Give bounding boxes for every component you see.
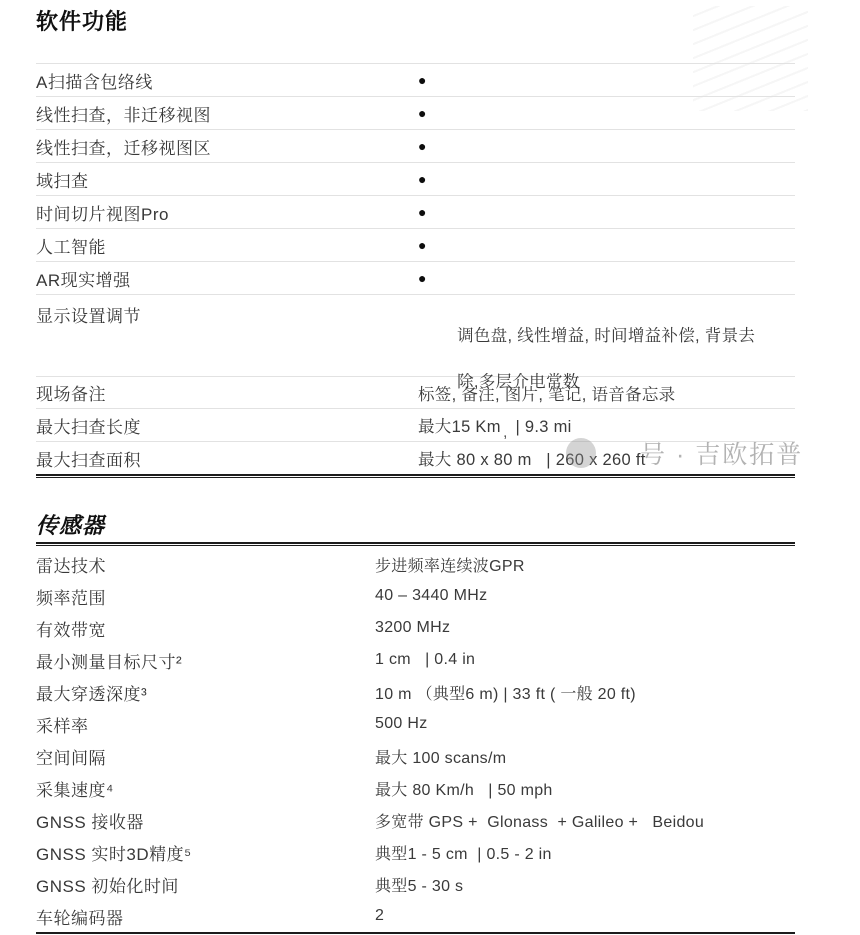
- spec-value: 40 – 3440 MHz: [375, 587, 487, 605]
- table-row: 采集速度⁴ 最大 80 Km/h | 50 mph: [36, 772, 795, 804]
- feature-bullet-icon: ●: [418, 271, 426, 285]
- feature-bullet-icon: ●: [418, 172, 426, 186]
- spec-value: 1 cm | 0.4 in: [375, 651, 475, 669]
- feature-bullet-icon: ●: [418, 238, 426, 252]
- feature-label: 时间切片视图Pro: [36, 200, 418, 225]
- spec-value: 最大15 Km | 9.3 mi: [418, 413, 572, 437]
- feature-label: AR现实增强: [36, 266, 418, 291]
- spec-sheet-page: { "software": { "title": "软件功能", "bullet…: [0, 0, 860, 935]
- software-features-table: A扫描含包络线 ● 线性扫查，非迁移视图 ● 线性扫查，迁移视图区 ● 域扫查 …: [36, 63, 795, 478]
- spec-label: 空间间隔: [36, 744, 375, 769]
- spec-label: 最大扫查长度: [36, 413, 418, 438]
- table-row: 人工智能 ●: [36, 228, 795, 261]
- spec-value: 最大 100 scans/m: [375, 745, 506, 768]
- table-row: 最大穿透深度³ 10 m （典型6 m) | 33 ft ( 一般 20 ft): [36, 676, 795, 708]
- sensor-header-rule: [36, 542, 795, 546]
- feature-label: 域扫查: [36, 167, 418, 192]
- feature-label: A扫描含包络线: [36, 68, 418, 93]
- table-row: 雷达技术 步进频率连续波GPR: [36, 548, 795, 580]
- spec-label: 显示设置调节: [36, 302, 418, 327]
- spec-value: 最大 80 x 80 m | 260 x 260 ft: [418, 446, 646, 470]
- table-row: 空间间隔 最大 100 scans/m: [36, 740, 795, 772]
- table-row: 域扫查 ●: [36, 162, 795, 195]
- spec-label: GNSS 初始化时间: [36, 872, 375, 897]
- table-row: 线性扫查，迁移视图区 ●: [36, 129, 795, 162]
- feature-bullet-icon: ●: [418, 205, 426, 219]
- table-row: 有效带宽 3200 MHz: [36, 612, 795, 644]
- spec-label: 最小测量目标尺寸²: [36, 648, 375, 673]
- spec-value: 标签, 备注, 图片, 笔记, 语音备忘录: [418, 381, 675, 405]
- feature-bullet-icon: ●: [418, 73, 426, 87]
- spec-label: GNSS 实时3D精度⁵: [36, 840, 375, 865]
- feature-bullet-icon: ●: [418, 139, 426, 153]
- table-row: GNSS 实时3D精度⁵ 典型1 - 5 cm | 0.5 - 2 in: [36, 836, 795, 868]
- spec-label: GNSS 接收器: [36, 808, 375, 833]
- feature-label: 线性扫查，迁移视图区: [36, 134, 418, 159]
- spec-value-line1: 调色盘, 线性增益, 时间增益补偿, 背景去: [457, 327, 755, 345]
- sensor-section-title: 传感器: [36, 513, 795, 542]
- feature-label: 人工智能: [36, 233, 418, 258]
- table-row: GNSS 初始化时间 典型5 - 30 s: [36, 868, 795, 900]
- spec-value: 2: [375, 907, 384, 925]
- table-row: 车轮编码器 2: [36, 900, 795, 932]
- table-row: 频率范围 40 – 3440 MHz: [36, 580, 795, 612]
- spec-value: 典型5 - 30 s: [375, 873, 463, 896]
- spec-value: 步进频率连续波GPR: [375, 553, 525, 576]
- table-row: AR现实增强 ●: [36, 261, 795, 294]
- spec-label: 采集速度⁴: [36, 776, 375, 801]
- sensor-spec-table: 雷达技术 步进频率连续波GPR 频率范围 40 – 3440 MHz 有效带宽 …: [36, 548, 795, 935]
- spec-label: 最大扫查面积: [36, 446, 418, 471]
- spec-value: 多宽带 GPS + Glonass + Galileo + Beidou: [375, 809, 704, 832]
- spec-label: 雷达技术: [36, 552, 375, 577]
- spec-value: 500 Hz: [375, 715, 428, 733]
- spec-value: 典型1 - 5 cm | 0.5 - 2 in: [375, 841, 552, 864]
- spec-label: 频率范围: [36, 584, 375, 609]
- spec-label: 采样率: [36, 712, 375, 737]
- table-row: GNSS 接收器 多宽带 GPS + Glonass + Galileo + B…: [36, 804, 795, 836]
- feature-label: 线性扫查，非迁移视图: [36, 101, 418, 126]
- spec-label: 最大穿透深度³: [36, 680, 375, 705]
- spec-label: 有效带宽: [36, 616, 375, 641]
- table-row: 最小测量目标尺寸² 1 cm | 0.4 in: [36, 644, 795, 676]
- table-row: 时间切片视图Pro ●: [36, 195, 795, 228]
- table-row: 采样率 500 Hz: [36, 708, 795, 740]
- feature-bullet-icon: ●: [418, 106, 426, 120]
- table-row: A扫描含包络线 ●: [36, 63, 795, 96]
- spec-label: 现场备注: [36, 380, 418, 405]
- spec-value: 最大 80 Km/h | 50 mph: [375, 777, 553, 800]
- document-content: 软件功能 A扫描含包络线 ● 线性扫查，非迁移视图 ● 线性扫查，迁移视图区 ●…: [36, 0, 795, 935]
- table-row: 线性扫查，非迁移视图 ●: [36, 96, 795, 129]
- table-row: 显示设置调节 调色盘, 线性增益, 时间增益补偿, 背景去 除,多层介电常数 ,: [36, 294, 795, 376]
- software-section-title: 软件功能: [36, 9, 795, 35]
- spec-value: 10 m （典型6 m) | 33 ft ( 一般 20 ft): [375, 681, 636, 704]
- spec-value: 3200 MHz: [375, 619, 450, 637]
- spec-label: 车轮编码器: [36, 904, 375, 929]
